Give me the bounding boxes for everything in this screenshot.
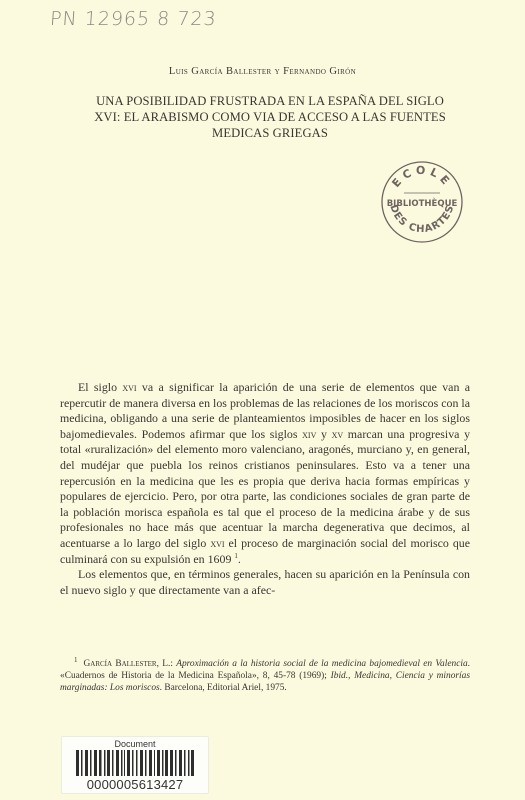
barcode-label: Document 0000005613427 bbox=[62, 737, 208, 793]
paragraph-2: Los elementos que, en términos generales… bbox=[60, 567, 470, 598]
title-line-3: MEDICAS GRIEGAS bbox=[55, 125, 485, 141]
century-numeral: xvi bbox=[122, 380, 136, 394]
century-numeral: xv bbox=[332, 427, 344, 441]
barcode-number: 0000005613427 bbox=[62, 777, 208, 792]
text: y bbox=[316, 427, 331, 441]
title-line-2: XVI: EL ARABISMO COMO VIA DE ACCESO A LA… bbox=[55, 109, 485, 125]
body-text: El siglo xvi va a significar la aparició… bbox=[60, 380, 470, 598]
paragraph-1: El siglo xvi va a significar la aparició… bbox=[60, 380, 470, 567]
stamp-top-text: ECOLE bbox=[389, 164, 454, 190]
text: marcan una progresiva y total «ruralizac… bbox=[60, 427, 470, 550]
text: . Barcelona, Editorial Ariel, 1975. bbox=[160, 683, 287, 693]
century-numeral: xiv bbox=[302, 427, 316, 441]
handwritten-shelfmark: PN 12965 8 723 bbox=[49, 8, 217, 30]
footnote-title-1: Aproximación a la historia social de la … bbox=[176, 659, 467, 669]
text: El siglo bbox=[78, 380, 122, 394]
barcode-caption: Document bbox=[62, 739, 208, 749]
authors-header: Luis García Ballester y Fernando Girón bbox=[0, 66, 525, 77]
footnote: 1García Ballester, L.: Aproximación a la… bbox=[60, 655, 470, 695]
article-title: UNA POSIBILIDAD FRUSTRADA EN LA ESPAÑA D… bbox=[55, 93, 485, 141]
title-line-1: UNA POSIBILIDAD FRUSTRADA EN LA ESPAÑA D… bbox=[55, 93, 485, 109]
text: . bbox=[238, 552, 241, 566]
library-stamp-icon: ECOLE BIBLIOTHÈQUE DES CHARTES bbox=[380, 160, 464, 244]
svg-text:ECOLE: ECOLE bbox=[389, 164, 454, 190]
footnote-author: García Ballester, L. bbox=[84, 659, 171, 669]
barcode-icon bbox=[76, 750, 194, 776]
footnote-number: 1 bbox=[74, 656, 78, 664]
century-numeral: xvi bbox=[210, 536, 224, 550]
